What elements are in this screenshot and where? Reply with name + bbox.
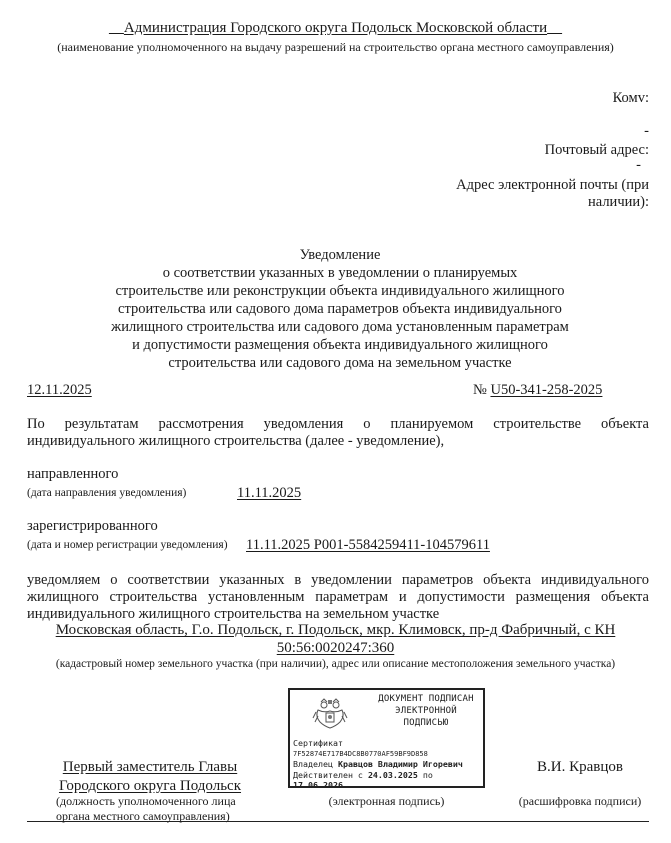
- authority-caption: (наименование уполномоченного на выдачу …: [0, 40, 671, 55]
- document-number-value: U50-341-258-2025: [490, 382, 602, 398]
- certificate-owner: Владелец Кравцов Владимир Игоревич: [293, 759, 463, 770]
- land-address-line-1: Московская область, Г.о. Подольск, г. По…: [0, 622, 671, 639]
- title-line: и допустимости размещения объекта индиви…: [20, 336, 660, 354]
- russian-coat-of-arms-icon: [312, 696, 348, 732]
- land-address-line-2: 50:56:0020247:360: [0, 640, 671, 657]
- stamp-details: Сертификат 7F52874E717B4DC8B0770AF59BF9D…: [293, 738, 463, 791]
- footer-divider: [27, 821, 649, 822]
- signer-position-caption: (должность уполномоченного лица органа м…: [56, 794, 236, 824]
- document-number: № U50-341-258-2025: [473, 382, 602, 399]
- number-sign: №: [473, 382, 487, 398]
- authority-name: Администрация Городского округа Подольск…: [0, 20, 671, 37]
- owner-name: Кравцов Владимир Игоревич: [338, 759, 463, 769]
- registration-value: 11.11.2025 P001-5584259411-104579611: [246, 537, 490, 554]
- postal-address-label: Почтовый адрес:: [545, 142, 649, 159]
- signer-position: Первый заместитель Главы Городского окру…: [45, 758, 255, 796]
- sent-date-value: 11.11.2025: [237, 485, 301, 502]
- signer-name: В.И. Кравцов: [500, 759, 660, 776]
- sent-label: направленного: [27, 466, 118, 483]
- postal-address-value: -: [636, 158, 641, 172]
- document-date: 12.11.2025: [27, 382, 92, 399]
- intro-line-2: индивидуального жилищного строительства …: [27, 433, 444, 450]
- recipient-to-value: -: [644, 124, 649, 138]
- sent-caption: (дата направления уведомления): [27, 487, 186, 499]
- authority-name-text: Администрация Городского округа Подольск…: [124, 20, 547, 36]
- intro-line-1: По результатам рассмотрения уведомления …: [27, 416, 649, 433]
- title-line: строительстве или реконструкции объекта …: [20, 282, 660, 300]
- title-line: о соответствии указанных в уведомлении о…: [20, 264, 660, 282]
- cadastral-number: 50:56:0020247:360: [277, 640, 395, 656]
- electronic-signature-stamp: ДОКУМЕНТ ПОДПИСАН ЭЛЕКТРОННОЙ ПОДПИСЬЮ С…: [288, 688, 485, 788]
- certificate-label: Сертификат: [293, 738, 463, 749]
- recipient-to-label: Комv:: [613, 90, 649, 107]
- esign-caption: (электронная подпись): [288, 794, 485, 809]
- document-title: Уведомление о соответствии указанных в у…: [20, 246, 660, 372]
- valid-to: 17.06.2026: [293, 780, 343, 790]
- title-line: Уведомление: [20, 246, 660, 264]
- notify-line-3: индивидуального жилищного строительства …: [27, 606, 439, 623]
- registered-caption: (дата и номер регистрации уведомления): [27, 539, 228, 551]
- signer-position-line-1: Первый заместитель Главы: [45, 758, 255, 777]
- title-line: жилищного строительства или садового дом…: [20, 318, 660, 336]
- email-label-line2: наличии):: [588, 194, 649, 211]
- notify-line-1: уведомляем о соответствии указанных в ув…: [27, 572, 649, 589]
- signer-name-caption: (расшифровка подписи): [500, 794, 660, 809]
- email-label-line1: Адрес электронной почты (при: [456, 177, 649, 194]
- certificate-number: 7F52874E717B4DC8B0770AF59BF9D858: [293, 749, 463, 760]
- land-address-caption: (кадастровый номер земельного участка (п…: [0, 658, 671, 670]
- land-address-text: Московская область, Г.о. Подольск, г. По…: [56, 622, 616, 638]
- title-line: строительства или садового дома на земел…: [20, 354, 660, 372]
- stamp-heading: ДОКУМЕНТ ПОДПИСАН ЭЛЕКТРОННОЙ ПОДПИСЬЮ: [370, 693, 482, 729]
- valid-from: 24.03.2025: [368, 770, 418, 780]
- certificate-validity: Действителен с 24.03.2025 по: [293, 770, 463, 781]
- notify-line-2: жилищного строительства установленным па…: [27, 589, 649, 606]
- registered-label: зарегистрированного: [27, 518, 158, 535]
- title-line: строительства или садового дома параметр…: [20, 300, 660, 318]
